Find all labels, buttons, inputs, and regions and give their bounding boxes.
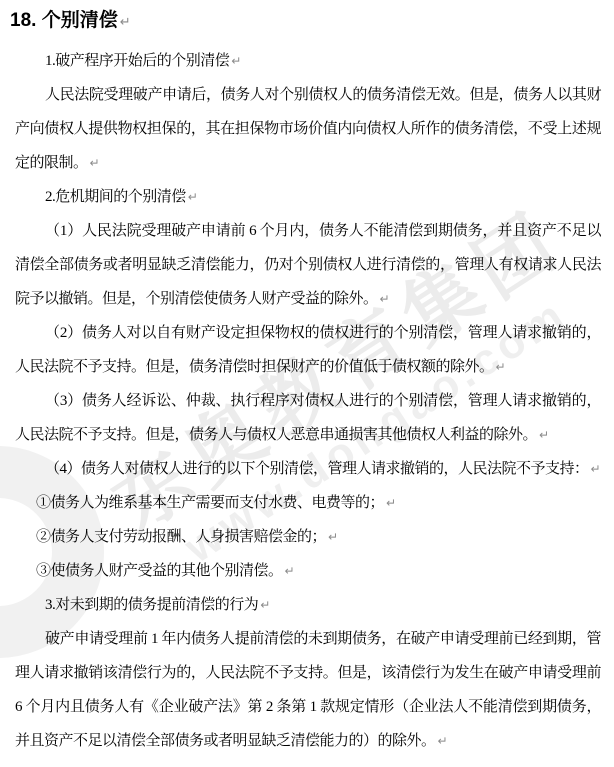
paragraph-subhead-2: 2.危机期间的个别清偿↵ bbox=[15, 180, 601, 214]
paragraph-text: （1）人民法院受理破产申请前 6 个月内，债务人不能清偿到期债务，并且资产不足以… bbox=[15, 223, 601, 307]
paragraph-text: ②债务人支付劳动报酬、人身损害赔偿金的； bbox=[36, 529, 326, 545]
paragraph-text: （4）债务人对债权人进行的以下个别清偿，管理人请求撤销的，人民法院不予支持： bbox=[45, 461, 589, 477]
paragraph-text: （3）债务人经诉讼、仲裁、执行程序对债权人进行的个别清偿，管理人请求撤销的，人民… bbox=[15, 393, 601, 443]
paragraph-return-mark-icon: ↵ bbox=[260, 598, 270, 612]
paragraph-point-2: （2）债务人对以自有财产设定担保物权的债权进行的个别清偿，管理人请求撤销的，人民… bbox=[15, 316, 601, 384]
paragraph-return-mark-icon: ↵ bbox=[231, 54, 241, 68]
paragraph-return-mark-icon: ↵ bbox=[539, 428, 549, 442]
paragraph-point-3: （3）债务人经诉讼、仲裁、执行程序对债权人进行的个别清偿，管理人请求撤销的，人民… bbox=[15, 384, 601, 452]
section-heading: 18. 个别清偿↵ bbox=[10, 9, 601, 34]
paragraph-point-1: （1）人民法院受理破产申请前 6 个月内，债务人不能清偿到期债务，并且资产不足以… bbox=[15, 214, 601, 316]
paragraph-text: 2.危机期间的个别清偿 bbox=[45, 189, 186, 205]
paragraph-return-mark-icon: ↵ bbox=[496, 360, 506, 374]
paragraph-list-item-2: ②债务人支付劳动报酬、人身损害赔偿金的；↵ bbox=[15, 520, 601, 554]
paragraph: 人民法院受理破产申请后，债务人对个别债权人的债务清偿无效。但是，债务人以其财产向… bbox=[15, 78, 601, 180]
paragraph-return-mark-icon: ↵ bbox=[120, 15, 131, 30]
paragraph-return-mark-icon: ↵ bbox=[380, 292, 390, 306]
document-body: 18. 个别清偿↵ 1.破产程序开始后的个别清偿↵ 人民法院受理破产申请后，债务… bbox=[15, 0, 601, 758]
paragraph-return-mark-icon: ↵ bbox=[188, 190, 198, 204]
paragraph-text: ③使债务人财产受益的其他个别清偿。 bbox=[36, 563, 283, 579]
paragraph-return-mark-icon: ↵ bbox=[438, 734, 448, 748]
paragraph-return-mark-icon: ↵ bbox=[285, 564, 295, 578]
paragraph-point-4: （4）债务人对债权人进行的以下个别清偿，管理人请求撤销的，人民法院不予支持：↵ bbox=[15, 452, 601, 486]
paragraph-return-mark-icon: ↵ bbox=[328, 530, 338, 544]
paragraph-text: 人民法院受理破产申请后，债务人对个别债权人的债务清偿无效。但是，债务人以其财产向… bbox=[15, 87, 601, 171]
paragraph-return-mark-icon: ↵ bbox=[386, 496, 396, 510]
paragraph-text: 3.对未到期的债务提前清偿的行为 bbox=[45, 597, 258, 613]
paragraph-return-mark-icon: ↵ bbox=[591, 462, 601, 476]
paragraph-subhead-3: 3.对未到期的债务提前清偿的行为↵ bbox=[15, 588, 601, 622]
document-content: 1.破产程序开始后的个别清偿↵ 人民法院受理破产申请后，债务人对个别债权人的债务… bbox=[15, 44, 601, 758]
paragraph-text: ①债务人为维系基本生产需要而支付水费、电费等的； bbox=[36, 495, 384, 511]
paragraph-list-item-3: ③使债务人财产受益的其他个别清偿。↵ bbox=[15, 554, 601, 588]
paragraph-subhead-1: 1.破产程序开始后的个别清偿↵ bbox=[15, 44, 601, 78]
paragraph-text: 1.破产程序开始后的个别清偿 bbox=[45, 53, 229, 69]
paragraph: 破产申请受理前 1 年内债务人提前清偿的未到期债务，在破产申请受理前已经到期，管… bbox=[15, 622, 601, 758]
paragraph-return-mark-icon: ↵ bbox=[90, 156, 100, 170]
document-page: 东奥教育集团 www.dongao.com 18. 个别清偿↵ 1.破产程序开始… bbox=[0, 0, 614, 767]
paragraph-text: 破产申请受理前 1 年内债务人提前清偿的未到期债务，在破产申请受理前已经到期，管… bbox=[15, 631, 601, 749]
paragraph-text: （2）债务人对以自有财产设定担保物权的债权进行的个别清偿，管理人请求撤销的，人民… bbox=[15, 325, 601, 375]
paragraph-list-item-1: ①债务人为维系基本生产需要而支付水费、电费等的；↵ bbox=[15, 486, 601, 520]
section-heading-text: 18. 个别清偿 bbox=[10, 10, 118, 31]
